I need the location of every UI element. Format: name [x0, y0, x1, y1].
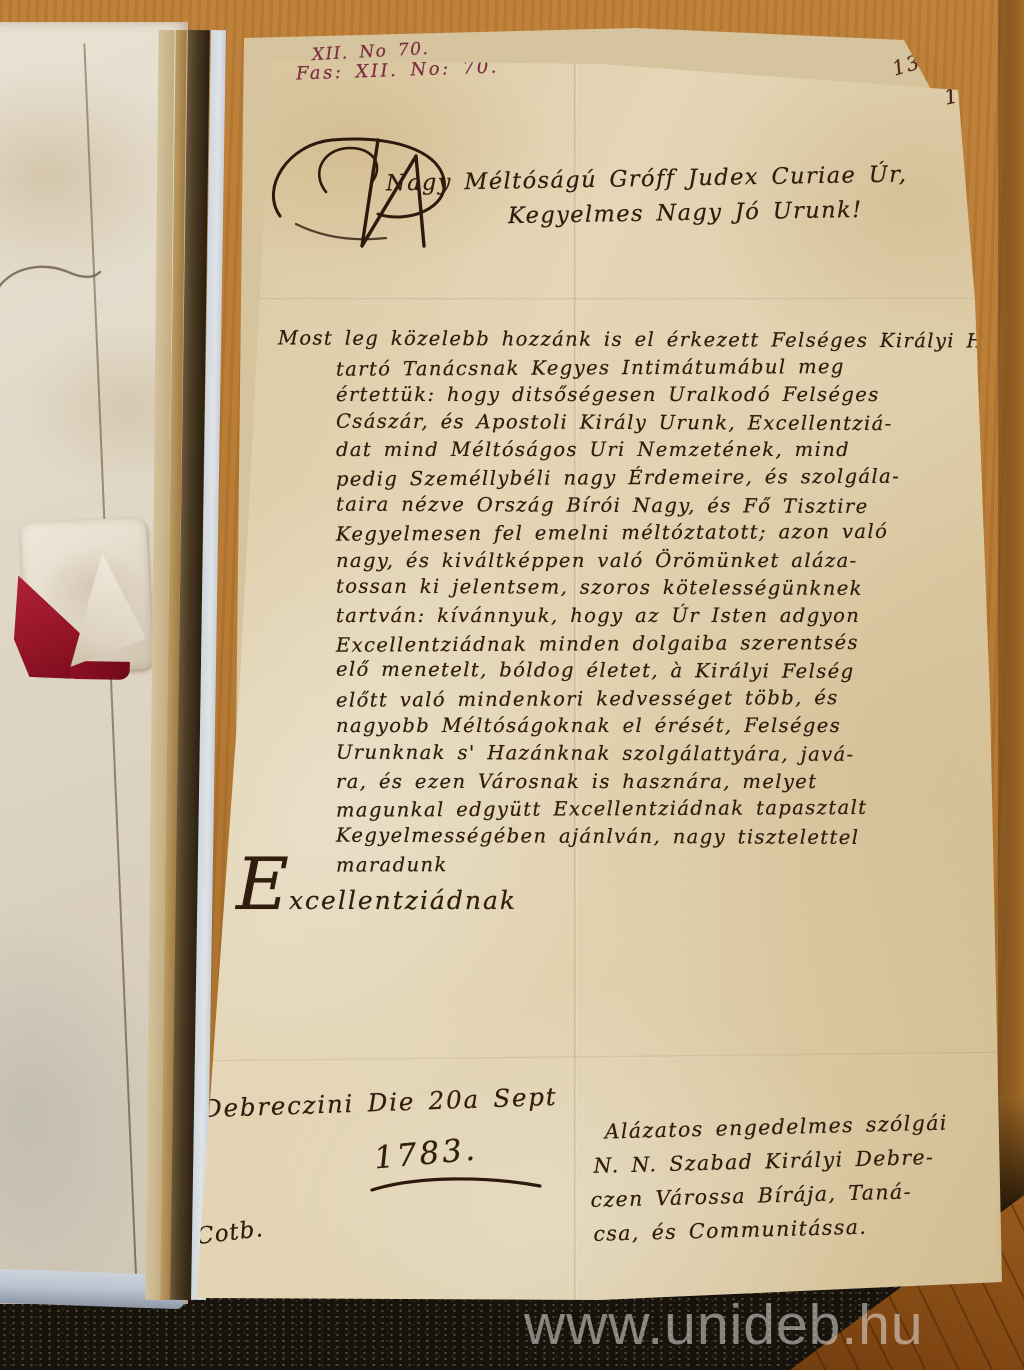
body-line: nagy, és kiváltképpen való Örömünket alá… [278, 547, 1024, 575]
underline-flourish [366, 1172, 546, 1198]
horizontal-fold-crease [178, 298, 1012, 301]
page-number-13: 13. [889, 48, 930, 81]
body-line: Most leg közelebb hozzánk is el érkezett… [278, 324, 1024, 355]
photo-of-archival-letter: XII. No 70. 13. Fas: XII. No: 70. 12. Na… [0, 0, 1024, 1370]
dateline-year: 1783. [373, 1132, 479, 1177]
wax-seal [6, 510, 167, 690]
body-line: előtt való mindenkori kedvességet több, … [278, 683, 1024, 715]
website-watermark: www.unideb.hu [524, 1292, 924, 1358]
body-line: dat mind Méltóságos Uri Nemzetének, mind [278, 436, 1024, 464]
clerk-mark: Cotb. [195, 1216, 265, 1250]
body-line: Urunknak s' Hazánknak szolgálattyára, ja… [278, 738, 1024, 769]
body-line: taira nézve Ország Bírói Nagy, és Fő Tis… [278, 490, 1024, 521]
letter-body: Most leg közelebb hozzánk is el érkezett… [278, 326, 1024, 878]
dateline-place: Debreczini Die 20a Sept [202, 1082, 558, 1123]
salutation-line-2: Kegyelmes Nagy Jó Urunk! [508, 197, 863, 229]
body-line: Excellentziádnak minden dolgaiba szerent… [278, 628, 1024, 660]
wooden-table-edge [998, 0, 1024, 1265]
body-line: tartó Tanácsnak Kegyes Intimátumábul meg [278, 352, 1024, 384]
body-line: Kegyelmesen fel emelni méltóztatott; azo… [278, 517, 1024, 549]
body-line: magunkal edgyütt Excellentziádnak tapasz… [278, 793, 1024, 825]
page-number-12: 12. [942, 78, 984, 109]
body-line: nagyobb Méltóságoknak el érését, Felsége… [278, 712, 1024, 740]
body-line: értettük: hogy ditsőségesen Uralkodó Fel… [278, 381, 1024, 409]
body-line: Császár, és Apostoli Király Urunk, Excel… [278, 407, 1024, 438]
body-line: pedig Személlybéli nagy Érdemeire, és sz… [278, 462, 1024, 494]
body-line: tartván: kívánnyuk, hogy az Úr Isten adg… [278, 602, 1024, 630]
body-line: Kegyelmességében ajánlván, nagy tisztele… [278, 821, 1024, 852]
signature-block: Alázatos engedelmes szólgái N. N. Szabad… [604, 1106, 951, 1251]
letter-sheet-page-12: Fas: XII. No: 70. 12. Nagy Méltóságú Gró… [178, 48, 1012, 1310]
horizontal-fold-crease [178, 1052, 1012, 1064]
body-line: elő menetelt, bóldog életet, à Királyi F… [278, 655, 1024, 686]
valediction: Excellentziádnak [236, 864, 517, 915]
pen-flourish-fragment [0, 248, 104, 308]
body-line: ra, és ezen Városnak is hasznára, melyet [278, 768, 1024, 796]
body-line: tossan ki jelentsem, szoros kötelességün… [278, 573, 1024, 604]
